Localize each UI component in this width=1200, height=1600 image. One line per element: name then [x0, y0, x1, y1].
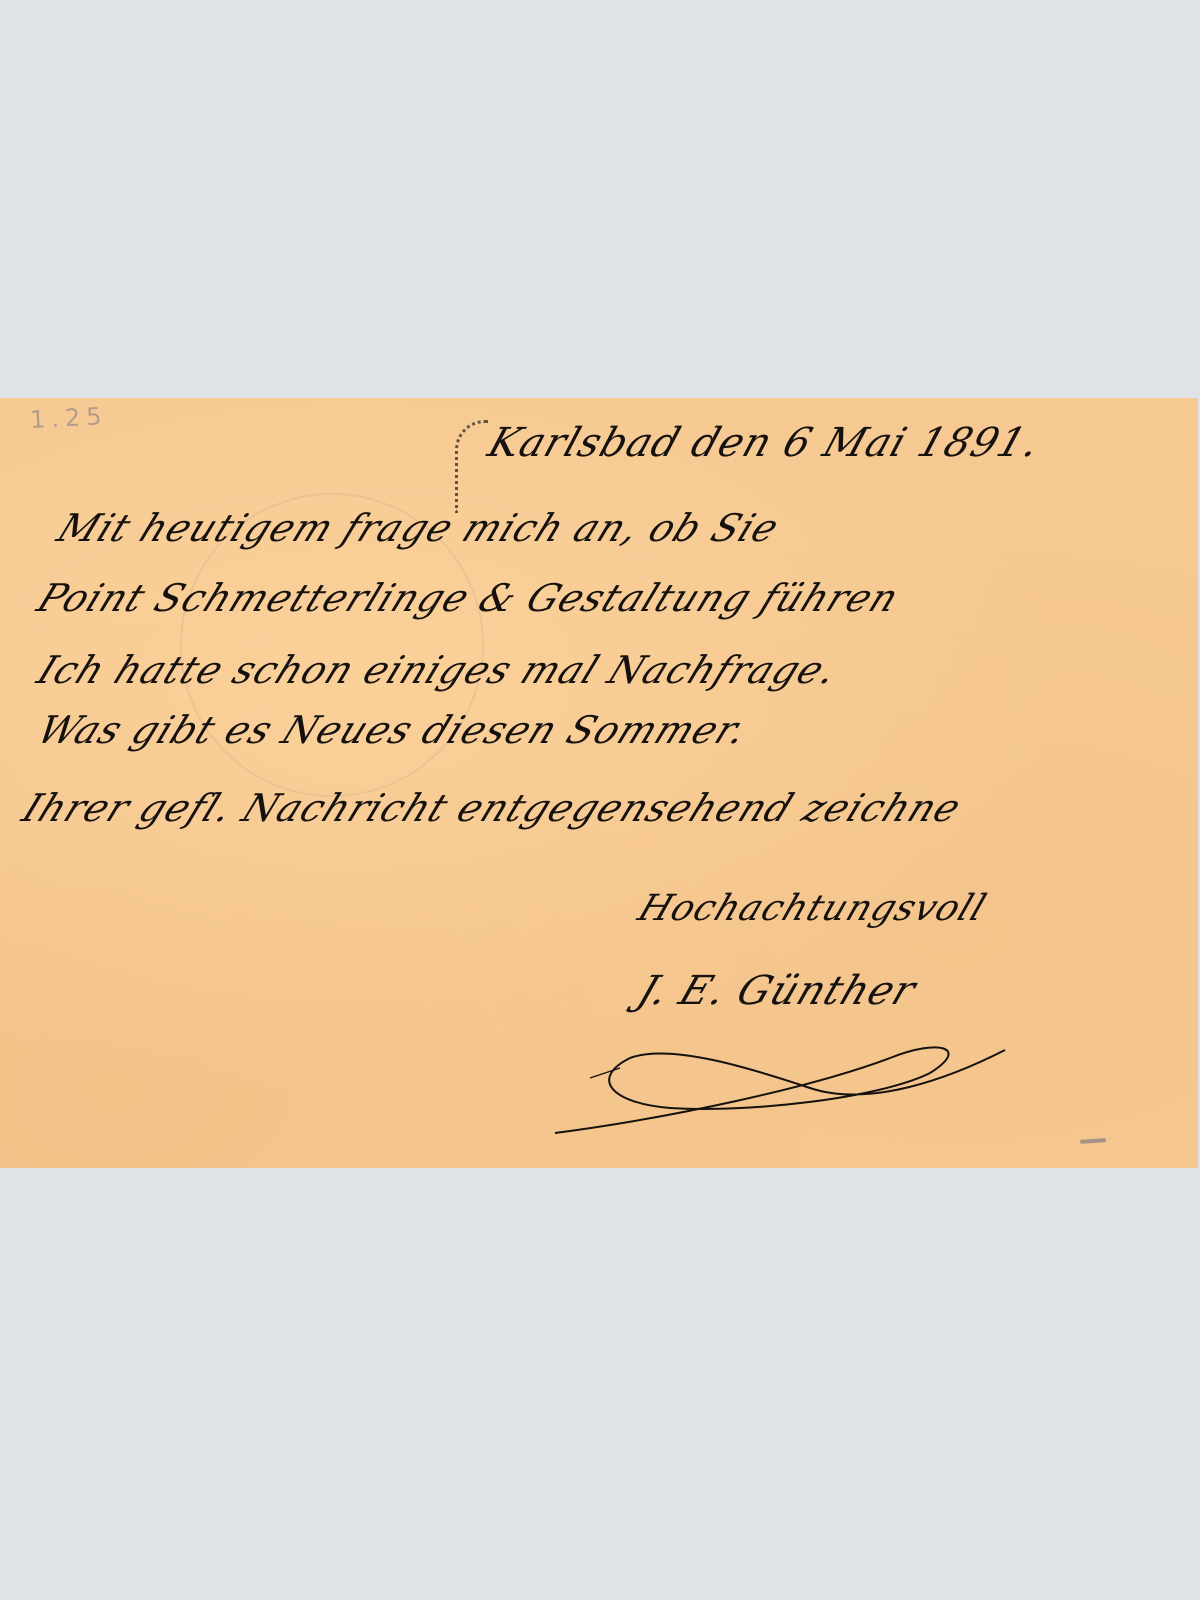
body-line-3: Ich hatte schon einiges mal Nachfrage. [31, 648, 845, 692]
pencil-price-note: 1.25 [29, 402, 108, 434]
place-date-line: Karlsbad den 6 Mai 1891. [483, 420, 1047, 466]
closing-salutation: Hochachtungsvoll [633, 888, 993, 929]
postcard: 1.25 Karlsbad den 6 Mai 1891. Mit heutig… [0, 398, 1198, 1168]
body-line-5: Ihrer gefl. Nachricht entgegensehend zei… [16, 786, 968, 830]
body-line-4: Was gibt es Neues diesen Sommer. [31, 708, 754, 752]
body-line-1: Mit heutigem frage mich an, ob Sie [51, 506, 786, 550]
pencil-dash-mark [1080, 1138, 1106, 1144]
body-line-2: Point Schmetterlinge & Gestaltung führen [31, 576, 906, 620]
dotted-ornament [455, 420, 488, 513]
signature-flourish [550, 1038, 1010, 1148]
signature: J. E. Günther [632, 968, 923, 1014]
